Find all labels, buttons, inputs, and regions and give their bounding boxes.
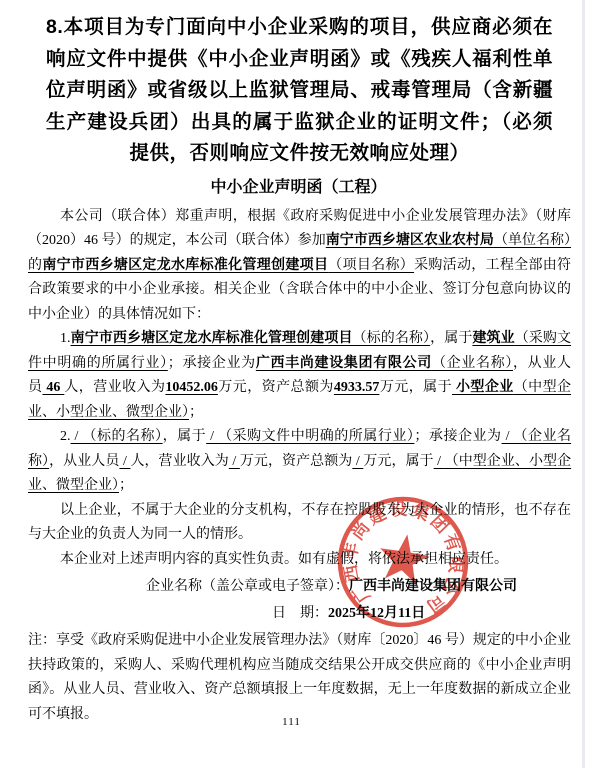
document-title: 中小企业声明函（工程）: [0, 175, 597, 201]
text-run: ；: [119, 478, 133, 493]
text-run: （采购文件中明确的所属行业）: [218, 429, 414, 444]
text-run: ，属于: [163, 429, 207, 444]
document-body: 本公司（联合体）郑重声明，根据《政府采购促进中小企业发展管理办法》（财库（202…: [28, 205, 571, 728]
text-run: /: [119, 454, 130, 469]
paragraph-no-large-enterprise: 以上企业，不属于大企业的分支机构，不存在控股股东为大企业的情形，也不存在与大企业…: [28, 499, 571, 548]
text-run: 人，营业收入为: [130, 454, 228, 469]
text-run: /: [352, 454, 363, 469]
text-run: ；承接企业为: [168, 356, 256, 371]
date-label: 日 期：: [272, 606, 328, 621]
text-run: （企业名称）: [432, 356, 513, 371]
text-run: 10452.06: [165, 380, 218, 395]
text-run: 万元，属于: [363, 454, 433, 469]
text-run: 注：享受《政府采购促进中小企业发展管理办法》（财库〔2020〕46 号）规定的中…: [28, 633, 571, 722]
text-run: 南宁市西乡塘区定龙水库标准化管理创建项目: [71, 331, 353, 346]
signature-date-line: 日 期：2025年12月11日: [28, 602, 571, 627]
signature-company-line: 企业名称（盖公章或电子签章）：广西丰尚建设集团有限公司: [28, 575, 571, 600]
document-page: 8.本项目为专门面向中小企业采购的项目，供应商必须在响应文件中提供《中小企业声明…: [0, 0, 597, 768]
text-run: /: [502, 429, 514, 444]
text-run: （标的名称）: [82, 429, 162, 444]
text-run: 1.: [60, 331, 71, 346]
paragraph-item-1: 1.南宁市西乡塘区定龙水库标准化管理创建项目（标的名称），属于建筑业（采购文件中…: [28, 327, 571, 425]
text-run: 人，营业收入为: [64, 380, 165, 395]
text-run: ，属于: [430, 331, 472, 346]
text-run: 万元，属于: [379, 380, 452, 395]
text-run: /: [229, 454, 240, 469]
text-run: 2.: [60, 429, 71, 444]
text-run: 建筑业: [472, 331, 514, 346]
text-run: （项目名称）: [328, 258, 414, 273]
text-run: 46: [42, 380, 64, 395]
text-run: /: [206, 429, 218, 444]
paragraph-truthfulness: 本企业对上述声明内容的真实性负责。如有虚假，将依法承担相应责任。: [28, 548, 571, 573]
text-run: 以上企业，不属于大企业的分支机构，不存在控股股东为大企业的情形，也不存在与大企业…: [28, 503, 571, 543]
page-right-edge-line: [582, 0, 585, 768]
text-run: 南宁市西乡塘区定龙水库标准化管理创建项目: [42, 258, 328, 273]
text-run: 南宁市西乡塘区农业农村局: [326, 233, 494, 248]
text-run: 小型企业: [452, 380, 514, 395]
date-value: 2025年12月11日: [328, 606, 425, 621]
text-run: ，从业人员: [49, 454, 119, 469]
text-run: /: [434, 454, 445, 469]
text-run: 广西丰尚建设集团有限公司: [256, 356, 432, 371]
text-run: ；承接企业为: [414, 429, 501, 444]
text-run: 万元，资产总额为: [218, 380, 334, 395]
company-name: 广西丰尚建设集团有限公司: [349, 579, 517, 594]
paragraph-note: 注：享受《政府采购促进中小企业发展管理办法》（财库〔2020〕46 号）规定的中…: [28, 629, 571, 727]
text-run: 4933.57: [334, 380, 380, 395]
paragraph-declaration: 本公司（联合体）郑重声明，根据《政府采购促进中小企业发展管理办法》（财库（202…: [28, 205, 571, 328]
text-run: /: [71, 429, 83, 444]
paragraph-item-2: 2. / （标的名称），属于 / （采购文件中明确的所属行业）；承接企业为 / …: [28, 425, 571, 499]
company-seal-label: 企业名称（盖公章或电子签章）：: [146, 579, 349, 594]
text-run: 万元，资产总额为: [240, 454, 352, 469]
page-number: 111: [0, 716, 583, 728]
heading-clause-8: 8.本项目为专门面向中小企业采购的项目，供应商必须在响应文件中提供《中小企业声明…: [46, 12, 553, 170]
text-run: ；: [189, 405, 203, 420]
text-run: （标的名称）: [353, 331, 431, 346]
text-run: 本企业对上述声明内容的真实性负责。如有虚假，将依法承担相应责任。: [60, 552, 508, 567]
